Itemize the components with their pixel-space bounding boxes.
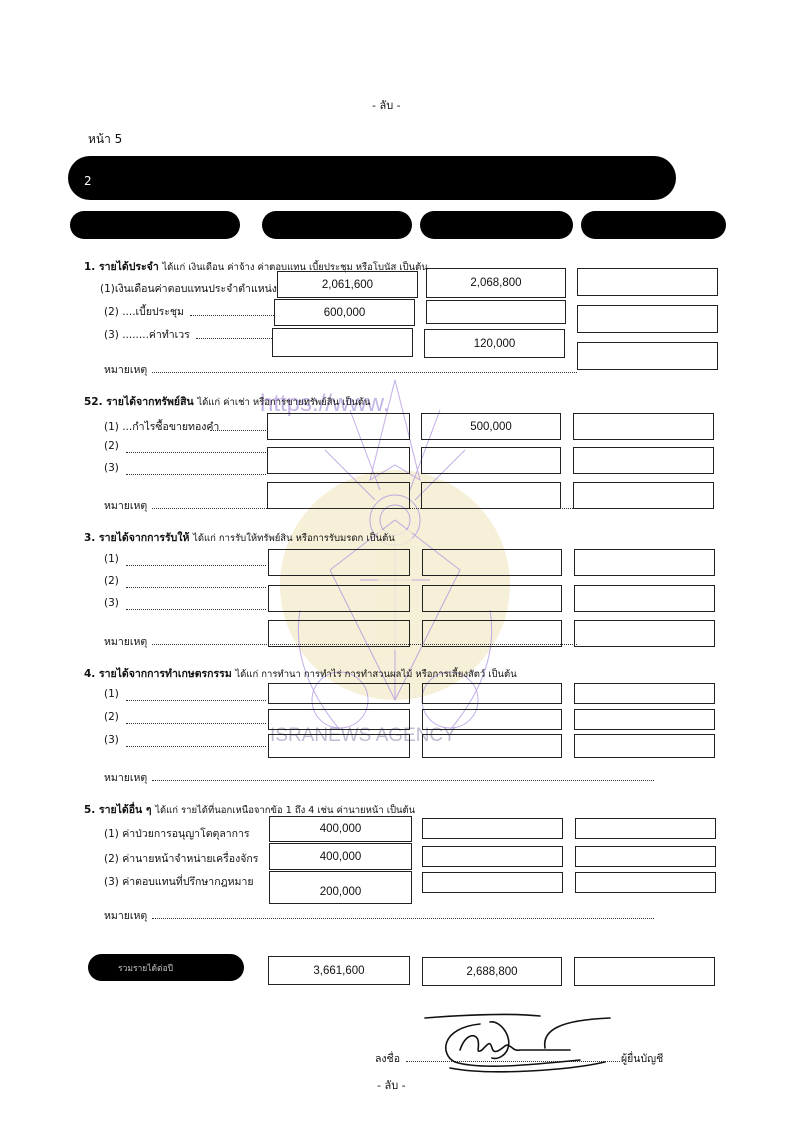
dotted-line <box>196 338 272 339</box>
section-2-title: 52. รายได้จากทรัพย์สิน ได้แก่ ค่าเช่า หร… <box>84 393 371 410</box>
section-1-item-1-col2[interactable]: 2,068,800 <box>426 268 566 298</box>
section-banner-number: 2 <box>84 174 92 188</box>
section-3-item-3-label: (3) <box>104 597 119 609</box>
dotted-line <box>126 723 266 724</box>
section-4-item-1-col3[interactable] <box>574 683 715 704</box>
section-1-item-3-col1[interactable] <box>272 328 413 357</box>
dotted-line <box>126 565 266 566</box>
section-4-item-3-col3[interactable] <box>574 734 715 758</box>
section-4-item-2-col3[interactable] <box>574 709 715 730</box>
column-header-3 <box>581 211 726 239</box>
section-4-item-2-label: (2) <box>104 711 119 723</box>
section-2-item-1-col2[interactable]: 500,000 <box>421 413 561 440</box>
page-number: หน้า 5 <box>88 130 122 149</box>
dotted-line <box>210 430 266 431</box>
remark-line[interactable] <box>152 780 654 781</box>
section-5-item-2-col1[interactable]: 400,000 <box>269 843 412 870</box>
section-3-item-2-col1[interactable] <box>268 585 410 612</box>
classification-top: - ลับ - <box>372 96 401 114</box>
column-header-1 <box>262 211 412 239</box>
dotted-line <box>126 587 266 588</box>
section-3-title: 3. รายได้จากการรับให้ ได้แก่ การรับให้ทร… <box>84 529 395 546</box>
dotted-line <box>126 474 266 475</box>
dotted-line <box>190 315 274 316</box>
section-1-item-2-label: (2) ....เบี้ยประชุม <box>104 303 184 320</box>
section-4-item-1-col2[interactable] <box>422 683 562 704</box>
section-5-item-3-col3[interactable] <box>575 872 716 893</box>
section-5-remark-label: หมายเหตุ <box>104 907 147 924</box>
section-2-item-2-col2[interactable] <box>421 447 561 474</box>
section-2-item-1-label: (1) ...กำไรซื้อขายทองคำ <box>104 418 219 435</box>
section-5-item-2-col3[interactable] <box>575 846 716 867</box>
section-5-item-1-label: (1) ค่าป่วยการอนุญาโตตุลาการ <box>104 825 250 842</box>
section-1-item-2-col1[interactable]: 600,000 <box>274 299 415 326</box>
total-label: รวมรายได้ต่อปี <box>118 961 173 975</box>
section-2-item-1-col3[interactable] <box>573 413 714 440</box>
section-5-item-3-col2[interactable] <box>422 872 563 893</box>
section-3-item-1-col3[interactable] <box>574 549 715 576</box>
section-5-item-3-col1[interactable]: 200,000 <box>269 871 412 904</box>
handwritten-signature-icon <box>420 1010 620 1080</box>
section-5-item-3-label: (3) ค่าตอบแทนที่ปรึกษากฎหมาย <box>104 873 254 890</box>
classification-bottom: - ลับ - <box>377 1076 406 1094</box>
dotted-line <box>126 609 266 610</box>
section-2-item-1-col1[interactable] <box>267 413 410 440</box>
section-3-item-2-col2[interactable] <box>422 585 562 612</box>
dotted-line <box>126 700 266 701</box>
dotted-line <box>126 452 266 453</box>
section-3-remark-label: หมายเหตุ <box>104 633 147 650</box>
section-3-item-1-col2[interactable] <box>422 549 562 576</box>
section-4-item-1-col1[interactable] <box>268 683 410 704</box>
total-col2[interactable]: 2,688,800 <box>422 957 562 986</box>
section-4-remark-label: หมายเหตุ <box>104 769 147 786</box>
column-header-2 <box>420 211 573 239</box>
section-3-item-3-col3[interactable] <box>574 620 715 647</box>
section-2-remark-label: หมายเหตุ <box>104 497 147 514</box>
section-2-item-2-col3[interactable] <box>573 447 714 474</box>
section-4-item-3-label: (3) <box>104 734 119 746</box>
section-3-item-3-col2[interactable] <box>422 620 562 647</box>
section-3-item-2-label: (2) <box>104 575 119 587</box>
remark-line[interactable] <box>152 918 654 919</box>
section-4-item-2-col2[interactable] <box>422 709 562 730</box>
section-1-item-2-col3[interactable] <box>577 305 718 333</box>
section-4-item-3-col1[interactable] <box>268 734 410 758</box>
section-3-item-1-col1[interactable] <box>268 549 410 576</box>
section-1-item-1-col3[interactable] <box>577 268 718 296</box>
remark-line[interactable] <box>152 508 577 509</box>
section-1-item-3-label: (3) ........ค่าทำเวร <box>104 326 190 343</box>
section-2-item-2-label: (2) <box>104 440 119 452</box>
section-2-item-3-col1[interactable] <box>267 482 410 509</box>
section-4-item-2-col1[interactable] <box>268 709 410 730</box>
section-4-item-1-label: (1) <box>104 688 119 700</box>
section-2-item-3-col3[interactable] <box>573 482 714 509</box>
section-1-item-1-col1[interactable]: 2,061,600 <box>277 271 418 298</box>
total-col1[interactable]: 3,661,600 <box>268 956 410 985</box>
signer-role-label: ผู้ยื่นบัญชี <box>621 1050 663 1067</box>
section-5-item-1-col3[interactable] <box>575 818 716 839</box>
remark-line[interactable] <box>152 372 577 373</box>
section-5-item-1-col1[interactable]: 400,000 <box>269 816 412 842</box>
section-2-item-3-col2[interactable] <box>421 482 561 509</box>
section-4-item-3-col2[interactable] <box>422 734 562 758</box>
total-col3[interactable] <box>574 957 715 986</box>
section-4-title: 4. รายได้จากการทำเกษตรกรรม ได้แก่ การทำน… <box>84 665 517 682</box>
section-1-remark-label: หมายเหตุ <box>104 361 147 378</box>
dotted-line <box>126 746 266 747</box>
section-3-item-2-col3[interactable] <box>574 585 715 612</box>
section-1-item-1-label: (1)เงินเดือนค่าตอบแทนประจำตำแหน่ง <box>100 280 277 297</box>
remark-line[interactable] <box>152 644 577 645</box>
section-5-item-2-label: (2) ค่านายหน้าจำหน่ายเครื่องจักร <box>104 850 258 867</box>
section-1-item-3-col3[interactable] <box>577 342 718 370</box>
section-5-item-2-col2[interactable] <box>422 846 563 867</box>
section-2-item-3-label: (3) <box>104 462 119 474</box>
section-5-item-1-col2[interactable] <box>422 818 563 839</box>
total-label-pill: รวมรายได้ต่อปี <box>88 954 244 981</box>
section-banner: 2 <box>68 156 676 200</box>
section-1-item-2-col2[interactable] <box>426 300 566 324</box>
section-3-item-3-col1[interactable] <box>268 620 410 647</box>
section-1-item-3-col2[interactable]: 120,000 <box>424 329 565 358</box>
section-2-item-2-col1[interactable] <box>267 447 410 474</box>
section-3-item-1-label: (1) <box>104 553 119 565</box>
column-header-item <box>70 211 240 239</box>
sign-label: ลงชื่อ <box>375 1050 400 1067</box>
